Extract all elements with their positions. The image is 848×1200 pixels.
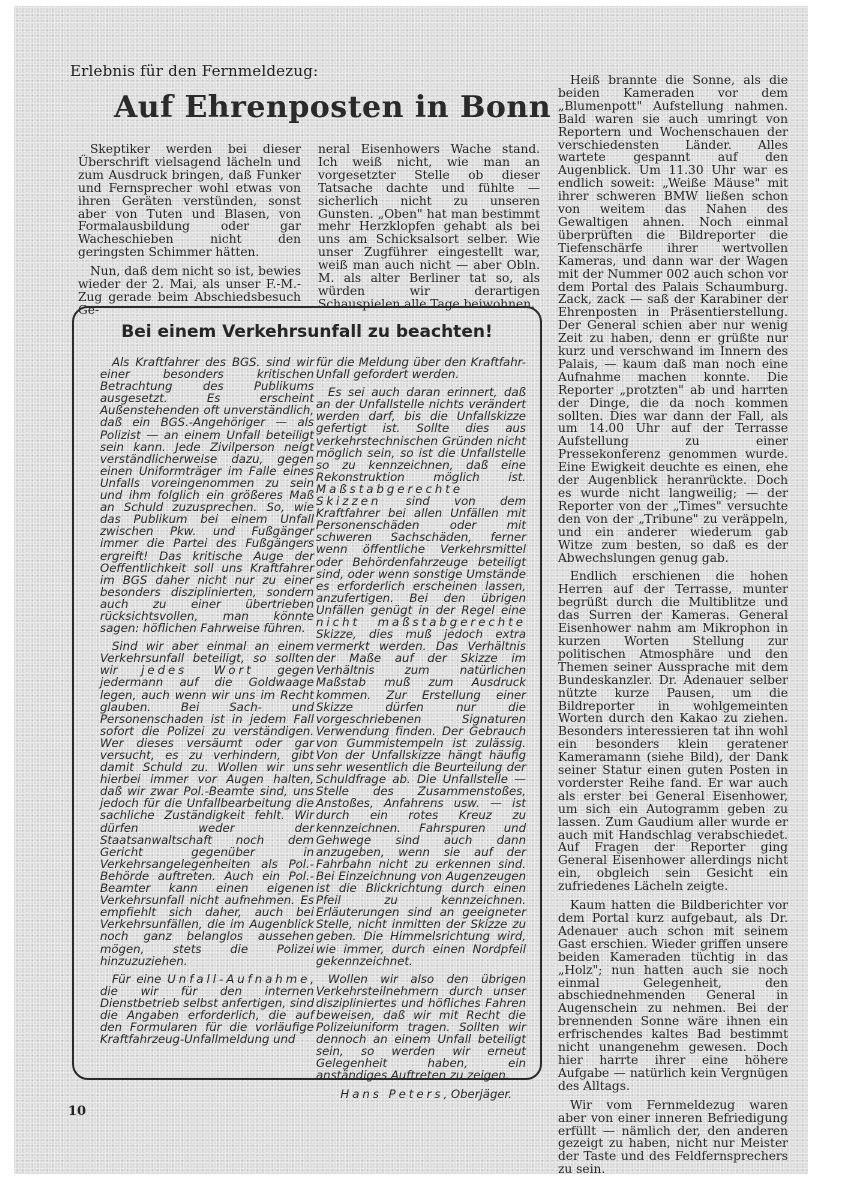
- paragraph: Skeptiker werden bei dieser Überschrift …: [78, 143, 301, 259]
- box-column-1: Als Kraftfahrer des BGS. sind wir einer …: [100, 356, 314, 1051]
- paragraph: Kaum hatten die Bildberichter vor dem Po…: [558, 899, 788, 1093]
- box-title: Bei einem Verkehrsunfall zu beachten!: [74, 322, 540, 342]
- traffic-accident-box: Bei einem Verkehrsunfall zu beachten! Al…: [72, 306, 542, 1080]
- paragraph: Als Kraftfahrer des BGS. sind wir einer …: [100, 356, 314, 634]
- text: gegen jedermann auf die Goldwaage legen,…: [100, 663, 314, 967]
- signature-rank: , Oberjäger.: [443, 1087, 512, 1101]
- text: Skizze, dies muß jedoch extra vermerkt w…: [316, 627, 526, 968]
- article-column-2: neral Eisenhowers Wache stand. Ich weiß …: [318, 143, 540, 317]
- paragraph: für die Meldung über den Kraftfahr-Unfal…: [316, 356, 526, 380]
- paragraph: neral Eisenhowers Wache stand. Ich weiß …: [318, 143, 540, 311]
- paragraph: Für eine Unfall-Aufnahme, die wir für de…: [100, 973, 314, 1046]
- page-number: 10: [68, 1104, 86, 1119]
- text: sind von dem Kraftfahrer bei allen Unfäl…: [316, 494, 526, 617]
- paragraph: Es sei auch daran erinnert, daß an der U…: [316, 386, 526, 967]
- paragraph: Sind wir aber einmal an einem Verkehrsun…: [100, 640, 314, 967]
- signature: Hans Peters, Oberjäger.: [316, 1088, 526, 1100]
- article-column-1: Skeptiker werden bei dieser Überschrift …: [78, 143, 301, 323]
- newspaper-page: Erlebnis für den Fernmeldezug: Auf Ehren…: [14, 6, 808, 1174]
- article-headline: Auf Ehrenposten in Bonn: [114, 90, 551, 125]
- paragraph: Endlich erschienen die hohen Herren auf …: [558, 570, 788, 893]
- article-kicker: Erlebnis für den Fernmeldezug:: [70, 62, 318, 80]
- text: , die wir für den internen Dienstbetrieb…: [100, 972, 314, 1046]
- paragraph: Wir vom Fernmeldezug waren aber von eine…: [558, 1099, 788, 1176]
- article-column-3: Heiß brannte die Sonne, als die beiden K…: [558, 74, 788, 1182]
- signature-name: Hans Peters: [340, 1087, 443, 1101]
- paragraph: Wollen wir also den übrigen Verkehrsteil…: [316, 973, 526, 1082]
- paragraph: Heiß brannte die Sonne, als die beiden K…: [558, 74, 788, 564]
- text: Es sei auch daran erinnert, daß an der U…: [316, 385, 526, 484]
- box-column-2: für die Meldung über den Kraftfahr-Unfal…: [316, 356, 526, 1100]
